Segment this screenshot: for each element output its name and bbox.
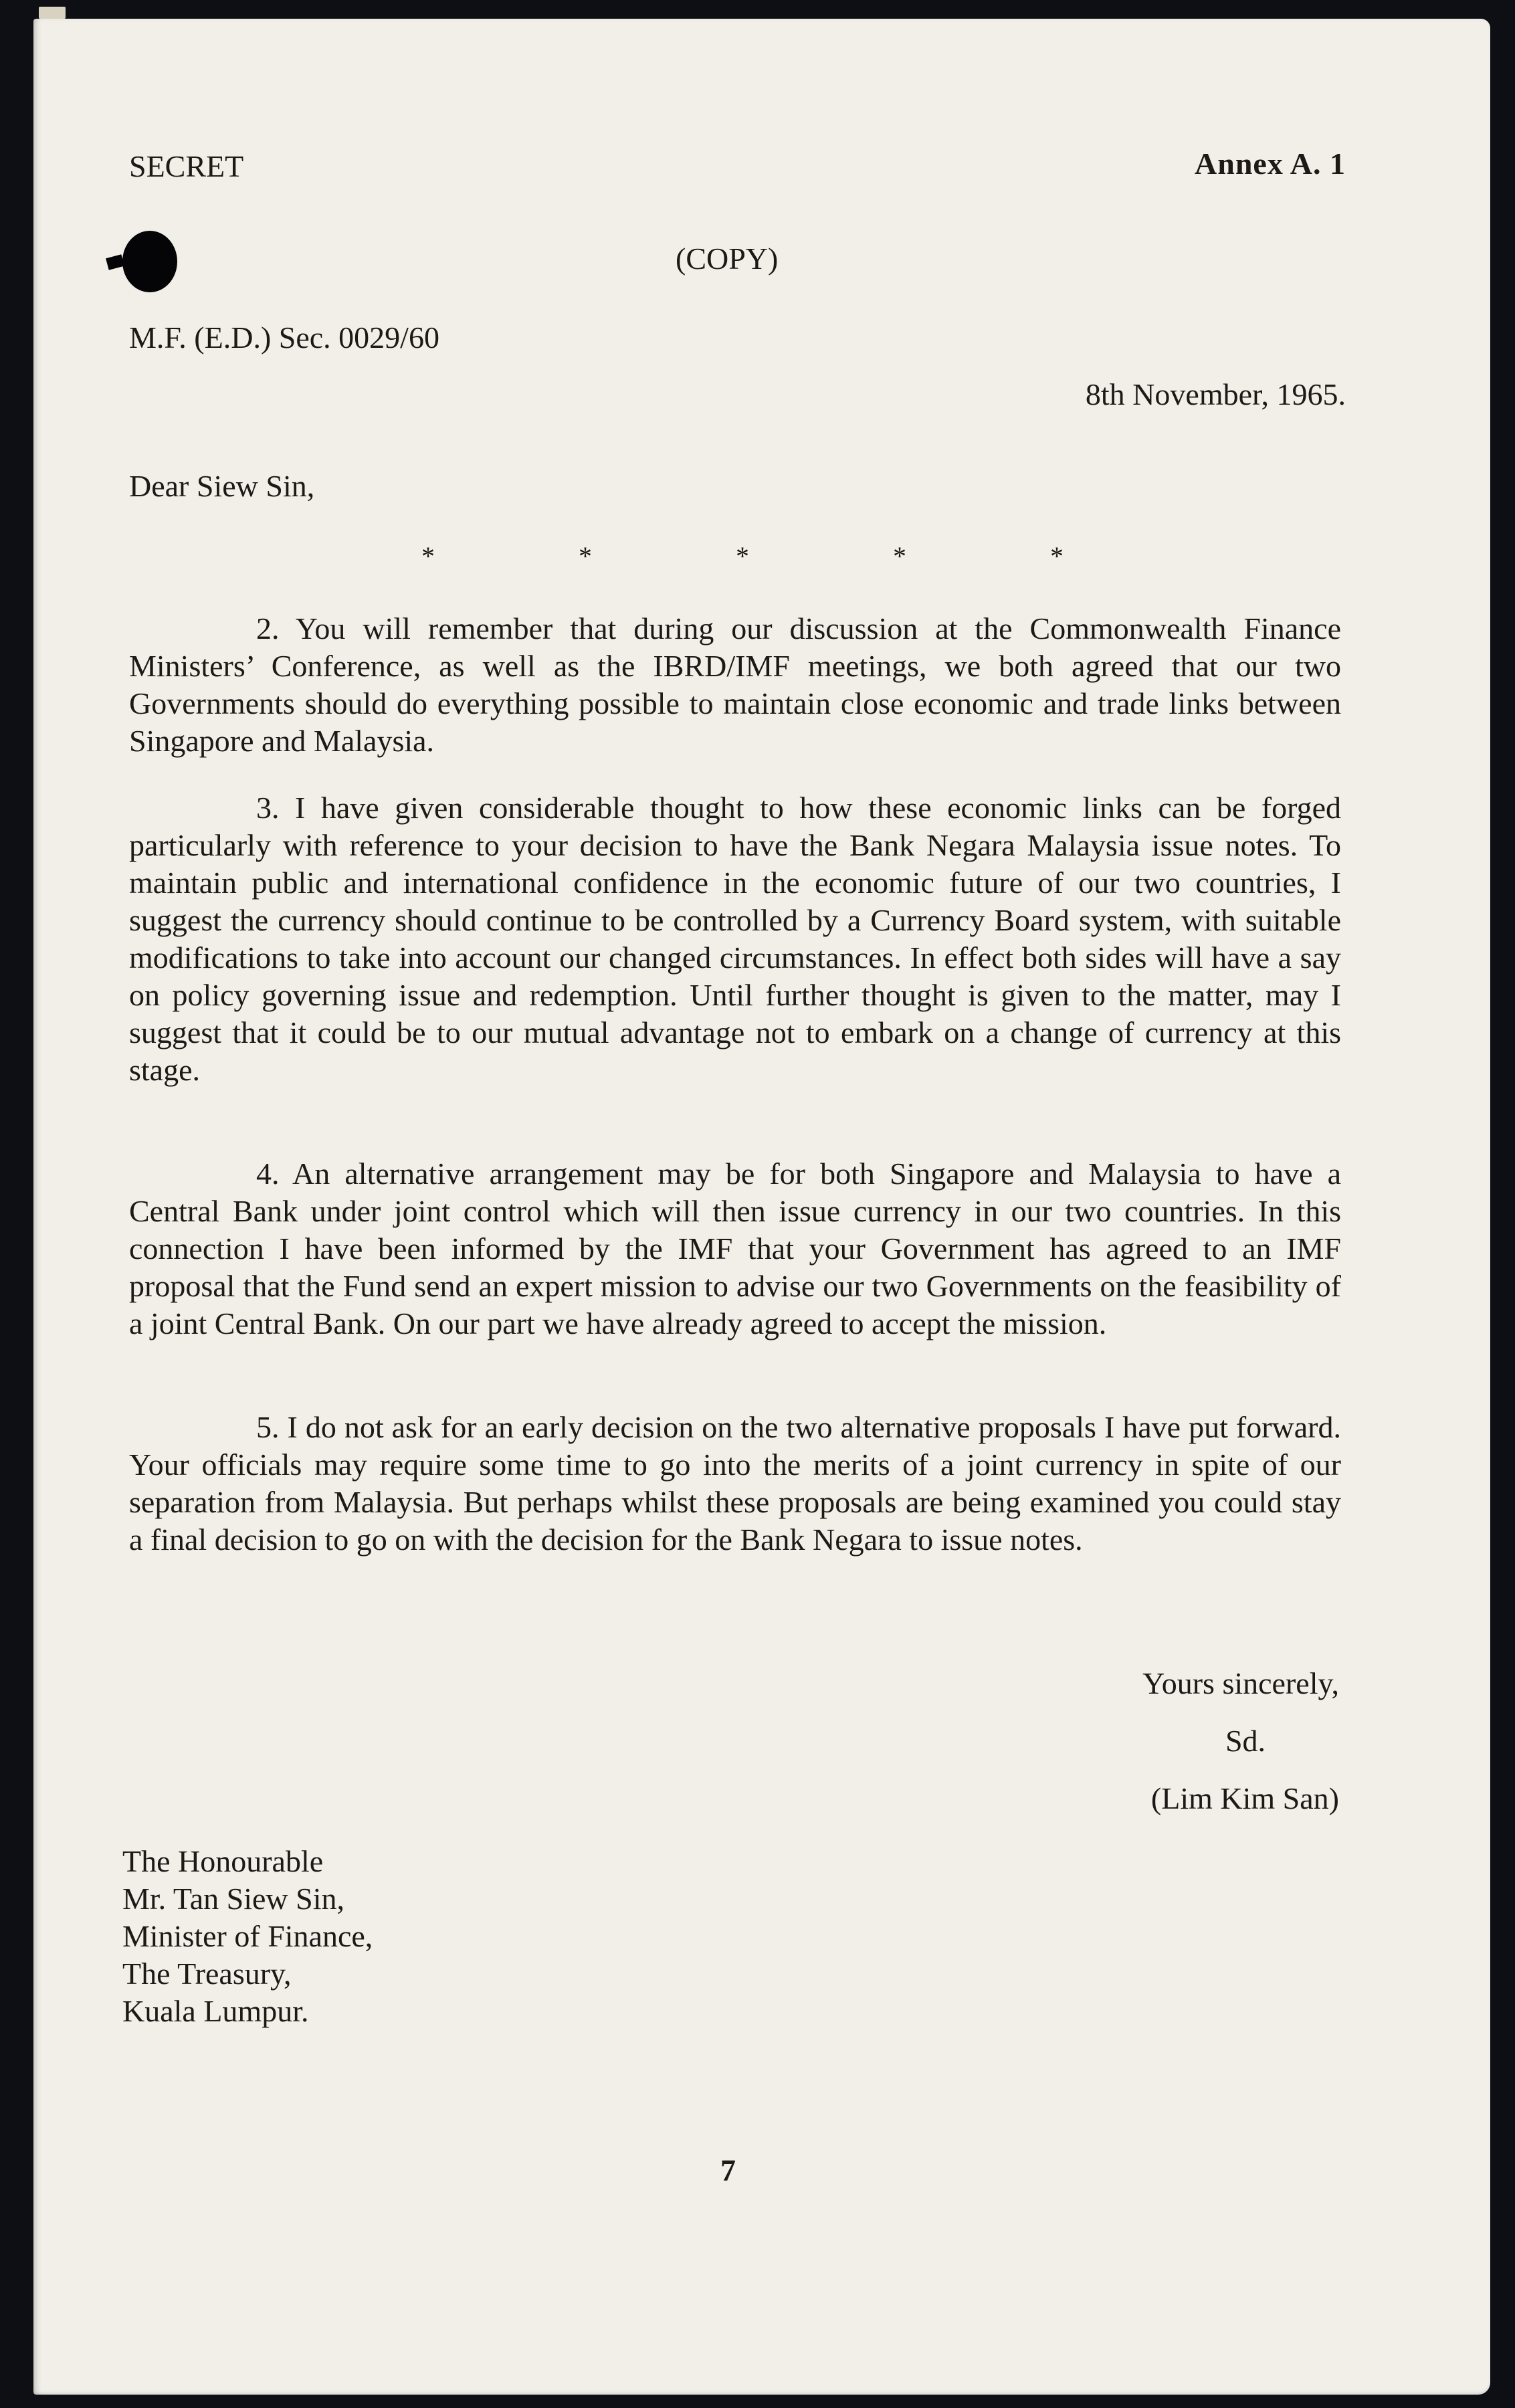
annex-label: Annex A. 1 bbox=[1195, 146, 1346, 181]
paragraph-4: 4. An alternative arrangement may be for… bbox=[129, 1155, 1341, 1342]
paragraph-3: 3. I have given considerable thought to … bbox=[129, 789, 1341, 1089]
addressee-block: The Honourable Mr. Tan Siew Sin, Ministe… bbox=[122, 1843, 373, 2030]
asterisk-mark: * bbox=[736, 540, 749, 572]
torn-paper-scrap bbox=[39, 7, 66, 19]
paragraph-text: 5. I do not ask for an early decision on… bbox=[129, 1409, 1341, 1559]
addressee-line: Kuala Lumpur. bbox=[122, 1993, 373, 2030]
reference-number: M.F. (E.D.) Sec. 0029/60 bbox=[129, 320, 439, 355]
punch-hole-icon bbox=[122, 231, 177, 292]
addressee-line: The Honourable bbox=[122, 1843, 373, 1880]
closing-block: Yours sincerely, Sd. (Lim Kim San) bbox=[1072, 1666, 1339, 1838]
page-number: 7 bbox=[720, 2152, 736, 2188]
asterisk-mark: * bbox=[421, 540, 435, 572]
paragraph-text: 3. I have given considerable thought to … bbox=[129, 789, 1341, 1089]
signatory-name: (Lim Kim San) bbox=[1072, 1781, 1339, 1838]
addressee-line: The Treasury, bbox=[122, 1955, 373, 1993]
omission-marks: * * * * * bbox=[421, 540, 1064, 572]
classification-label: SECRET bbox=[129, 148, 243, 184]
paragraph-5: 5. I do not ask for an early decision on… bbox=[129, 1409, 1341, 1559]
copy-marker: (COPY) bbox=[676, 241, 778, 276]
asterisk-mark: * bbox=[1050, 540, 1064, 572]
salutation: Dear Siew Sin, bbox=[129, 468, 314, 504]
signed-mark: Sd. bbox=[1072, 1723, 1339, 1781]
paragraph-text: 4. An alternative arrangement may be for… bbox=[129, 1155, 1341, 1342]
addressee-line: Mr. Tan Siew Sin, bbox=[122, 1880, 373, 1918]
paragraph-text: 2. You will remember that during our dis… bbox=[129, 610, 1341, 760]
valediction: Yours sincerely, bbox=[1072, 1666, 1339, 1723]
paragraph-2: 2. You will remember that during our dis… bbox=[129, 610, 1341, 760]
asterisk-mark: * bbox=[579, 540, 592, 572]
letter-date: 8th November, 1965. bbox=[1086, 377, 1346, 412]
addressee-line: Minister of Finance, bbox=[122, 1918, 373, 1955]
asterisk-mark: * bbox=[893, 540, 906, 572]
